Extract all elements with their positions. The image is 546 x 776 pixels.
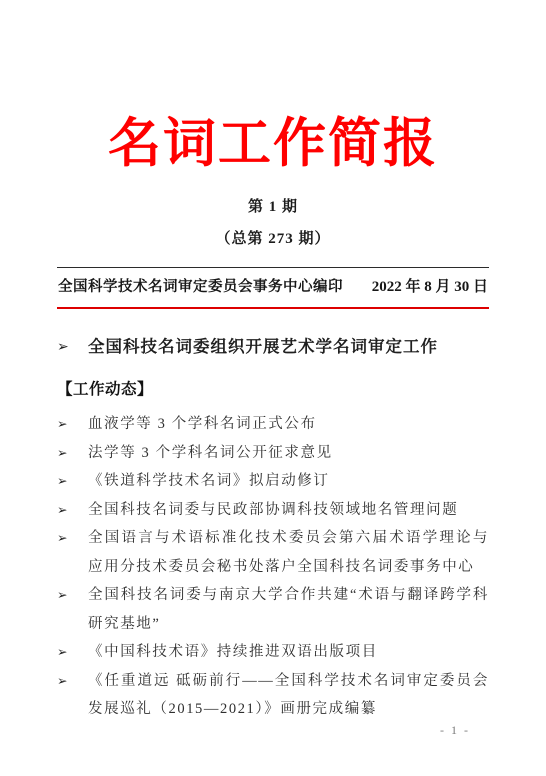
news-list: ➢ 血液学等 3 个学科名词正式公布 ➢ 法学等 3 个学科名词公开征求意见 ➢… <box>57 410 489 724</box>
arrow-bullet-icon: ➢ <box>57 581 88 610</box>
list-item: ➢ 《中国科技术语》持续推进双语出版项目 <box>57 638 489 667</box>
list-item: ➢ 法学等 3 个学科名词公开征求意见 <box>57 439 489 468</box>
page-number: - 1 - <box>440 723 470 738</box>
list-item: ➢ 《铁道科学技术名词》拟启动修订 <box>57 467 489 496</box>
news-item-text: 全国科技名词委与民政部协调科技领域地名管理问题 <box>88 496 489 525</box>
lead-headline-text: 全国科技名词委组织开展艺术学名词审定工作 <box>88 336 438 358</box>
arrow-bullet-icon: ➢ <box>57 667 88 696</box>
arrow-bullet-icon: ➢ <box>57 410 88 439</box>
section-header-work-news: 【工作动态】 <box>57 377 489 399</box>
arrow-bullet-icon: ➢ <box>57 524 88 553</box>
list-item: ➢ 血液学等 3 个学科名词正式公布 <box>57 410 489 439</box>
issue-number: 第 1 期 <box>57 195 489 216</box>
publisher-name: 全国科学技术名词审定委员会事务中心编印 <box>58 277 343 298</box>
news-item-text: 血液学等 3 个学科名词正式公布 <box>88 410 489 439</box>
publisher-bar: 全国科学技术名词审定委员会事务中心编印 2022 年 8 月 30 日 <box>57 267 489 309</box>
arrow-bullet-icon: ➢ <box>57 439 88 468</box>
arrow-bullet-icon: ➢ <box>57 336 88 358</box>
news-item-text: 《任重道远 砥砺前行——全国科学技术名词审定委员会发展巡礼（2015—2021）… <box>88 667 489 724</box>
arrow-bullet-icon: ➢ <box>57 467 88 496</box>
lead-headline: ➢ 全国科技名词委组织开展艺术学名词审定工作 <box>57 336 489 358</box>
bulletin-page: 名词工作简报 第 1 期 （总第 273 期） 全国科学技术名词审定委员会事务中… <box>0 0 546 776</box>
list-item: ➢ 全国科技名词委与南京大学合作共建“术语与翻译跨学科研究基地” <box>57 581 489 638</box>
list-item: ➢ 全国语言与术语标准化技术委员会第六届术语学理论与应用分技术委员会秘书处落户全… <box>57 524 489 581</box>
list-item: ➢ 全国科技名词委与民政部协调科技领域地名管理问题 <box>57 496 489 525</box>
cumulative-issue-number: （总第 273 期） <box>57 227 489 248</box>
arrow-bullet-icon: ➢ <box>57 638 88 667</box>
news-item-text: 全国语言与术语标准化技术委员会第六届术语学理论与应用分技术委员会秘书处落户全国科… <box>88 524 489 581</box>
arrow-bullet-icon: ➢ <box>57 496 88 525</box>
list-item: ➢ 《任重道远 砥砺前行——全国科学技术名词审定委员会发展巡礼（2015—202… <box>57 667 489 724</box>
news-item-text: 全国科技名词委与南京大学合作共建“术语与翻译跨学科研究基地” <box>88 581 489 638</box>
news-item-text: 《铁道科学技术名词》拟启动修订 <box>88 467 489 496</box>
news-item-text: 《中国科技术语》持续推进双语出版项目 <box>88 638 489 667</box>
print-date: 2022 年 8 月 30 日 <box>372 277 488 298</box>
page-title: 名词工作简报 <box>57 0 489 178</box>
news-item-text: 法学等 3 个学科名词公开征求意见 <box>88 439 489 468</box>
